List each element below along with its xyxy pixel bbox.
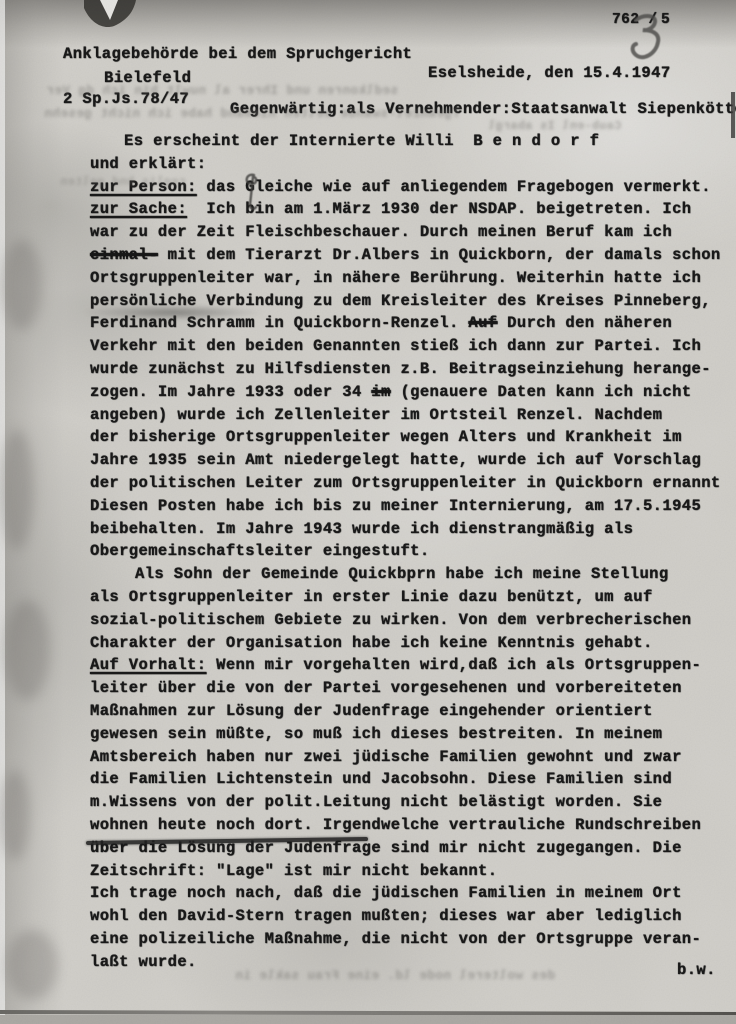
pencil-correction-mark bbox=[241, 171, 263, 213]
statement-text-line: Charakter der Organisation habe ich kein… bbox=[90, 632, 736, 655]
statement-text-line: Ferdinand Schramm in Quickborn-Renzel. A… bbox=[90, 312, 736, 335]
statement-text-line: war zu der Zeit Fleischbeschauer. Durch … bbox=[90, 221, 736, 244]
place-and-date: Eselsheide, den 15.4.1947 bbox=[428, 64, 671, 82]
handwritten-numeral-mark bbox=[629, 13, 667, 65]
statement-text-line: einmal- mit dem Tierarzt Dr.Albers in Qu… bbox=[90, 244, 736, 267]
scan-smudge bbox=[4, 600, 50, 700]
statement-text-line: wohl den David-Stern tragen mußten; dies… bbox=[90, 905, 736, 928]
statement-text-line: Jahre 1935 sein Amt niedergelegt hatte, … bbox=[90, 449, 736, 472]
statement-lines: Es erscheint der Internierte Willi B e n… bbox=[90, 130, 736, 973]
statement-text-line: als Ortsgruppenleiter in erster Linie da… bbox=[90, 586, 736, 609]
scan-smudge bbox=[0, 770, 30, 860]
statement-text-line: Amtsbereich haben nur zwei jüdische Fami… bbox=[90, 746, 736, 769]
scan-corner-artifact bbox=[84, 0, 144, 34]
statement-text-line: beibehalten. Im Jahre 1943 wurde ich die… bbox=[90, 518, 736, 541]
statement-text-line: gewesen sein müßte, so muß ich dieses be… bbox=[90, 723, 736, 746]
authority-name: Anklagebehörde bei dem Spruchgericht bbox=[63, 45, 412, 63]
statement-text-line: wohnen heute noch dort. Irgendwelche ver… bbox=[90, 814, 736, 837]
statement-text-line: Als Sohn der Gemeinde Quickbprn habe ich… bbox=[90, 563, 736, 586]
statement-text-line: Auf Vorhalt: Wenn mir vorgehalten wird,d… bbox=[90, 654, 736, 677]
statement-text-line: Verkehr mit den beiden Genannten stieß i… bbox=[90, 335, 736, 358]
statement-text-line: sozial-politischem Gebiete zu wirken. Vo… bbox=[90, 609, 736, 632]
turn-page-note: b.w. bbox=[677, 961, 716, 979]
statement-text-line: Maßnahmen zur Lösung der Judenfrage eing… bbox=[90, 700, 736, 723]
scan-smudge bbox=[2, 240, 42, 330]
statement-text-line: Diesen Posten habe ich bis zu meiner Int… bbox=[90, 495, 736, 518]
statement-text-line: eine polizeiliche Maßnahme, die nicht vo… bbox=[90, 928, 736, 951]
statement-text-line: wurde zunächst zu Hilfsdiensten z.B. Bei… bbox=[90, 358, 736, 381]
statement-text-line: zur Sache: Ich bin am 1.März 1930 der NS… bbox=[90, 198, 736, 221]
bleed-through-text: sedlkonren und Ihrer al nuwlt bin ich dg… bbox=[46, 84, 398, 98]
statement-text-line: die Familien Lichtenstein und Jacobsohn.… bbox=[90, 768, 736, 791]
scan-edge-mark bbox=[731, 92, 735, 138]
statement-text-line: und erklärt: bbox=[90, 153, 736, 176]
statement-text-line: der politischen Leiter zum Ortsgruppenle… bbox=[90, 472, 736, 495]
scan-smudge bbox=[0, 430, 34, 550]
statement-text-line: zogen. Im Jahre 1933 oder 34 im (genauer… bbox=[90, 381, 736, 404]
scan-smudge bbox=[6, 930, 58, 1000]
statement-text-line: zur Person: das Gleiche wie auf anliegen… bbox=[90, 176, 736, 199]
statement-text-line: der bisherige Ortsgruppenleiter wegen Al… bbox=[90, 426, 736, 449]
statement-text-line: persönliche Verbindung zu dem Kreisleite… bbox=[90, 290, 736, 313]
bleed-through-text: des wolterel node ld. eine Frau sakle in bbox=[235, 969, 555, 983]
statement-text-line: angeben) wurde ich Zellenleiter im Ortst… bbox=[90, 404, 736, 427]
statement-text-line: Es erscheint der Internierte Willi B e n… bbox=[90, 130, 736, 153]
scan-bottom-edge bbox=[0, 1015, 736, 1024]
statement-text-line: Ich trage noch nach, daß die jüdischen F… bbox=[90, 882, 736, 905]
statement-text-line: m.Wissens von der polit.Leitung nicht be… bbox=[90, 791, 736, 814]
bleed-through-text: Caub-enl Is abargl bbox=[488, 120, 621, 133]
bleed-through-text: Tgeanzel-swande selten niemand habe ich … bbox=[44, 107, 460, 121]
statement-text-line: leiter über die von der Partei vorgesehe… bbox=[90, 677, 736, 700]
scanned-document-page: 762 / 5 Anklagebehörde bei dem Spruchger… bbox=[0, 0, 736, 1024]
bleed-through-text: reglis bnd gelten bbox=[60, 176, 186, 189]
statement-text-line: Obergemeinschaftsleiter eingestuft. bbox=[90, 540, 736, 563]
statement-text-line: Ortsgruppenleiter war, in nähere Berühru… bbox=[90, 267, 736, 290]
statement-text-line: Zeitschrift: "Lage" ist mir nicht bekann… bbox=[90, 860, 736, 883]
